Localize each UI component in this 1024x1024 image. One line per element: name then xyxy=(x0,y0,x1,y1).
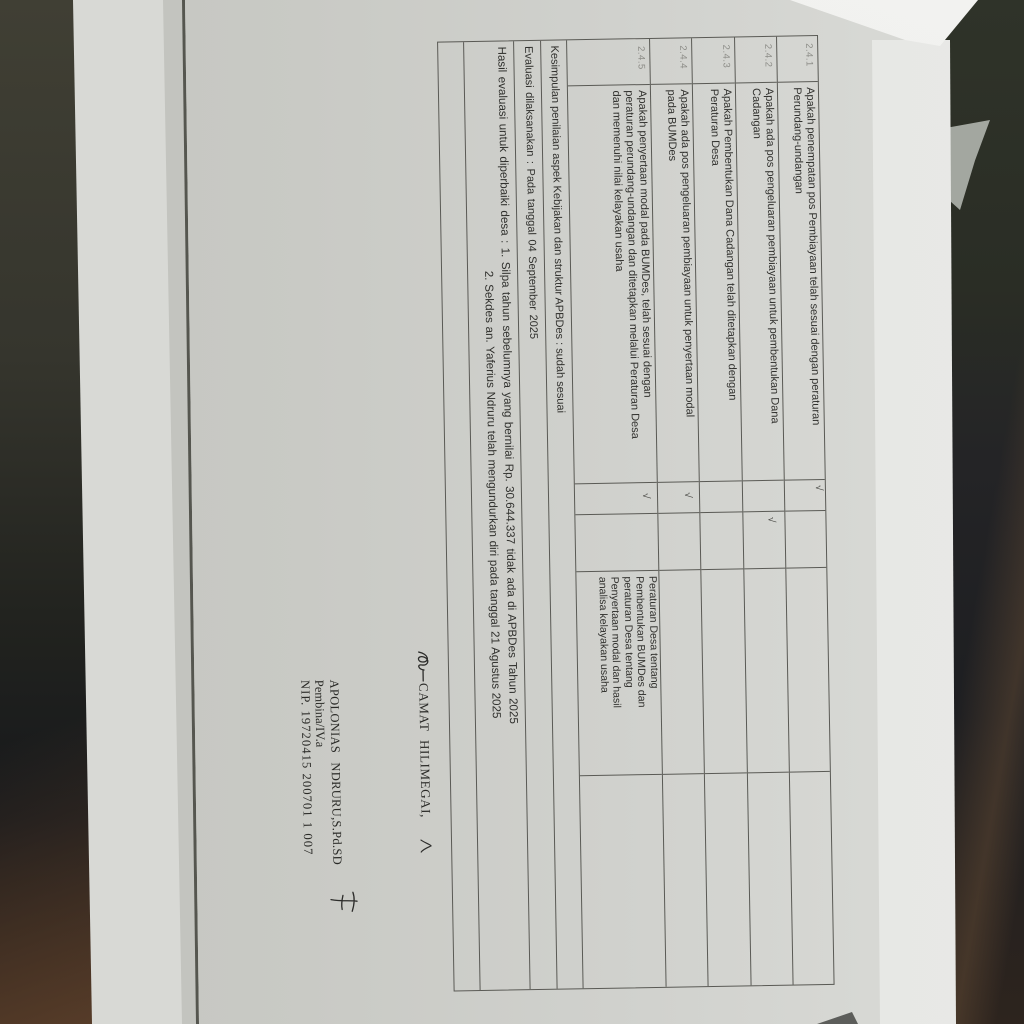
question-cell: Apakah penempatan pos Pembiayaan telah s… xyxy=(778,81,825,480)
tidak-cell: √ xyxy=(743,511,785,569)
question-cell: Apakah Pembentukan Dana Cadangan telah d… xyxy=(693,82,742,481)
tidak-cell xyxy=(700,511,743,569)
notes-cell xyxy=(580,774,666,988)
ya-cell xyxy=(743,480,785,512)
row-number: 2.4.1 xyxy=(777,36,818,82)
notes-cell xyxy=(705,772,751,986)
printed-document: 2.4.1 Apakah penempatan pos Pembiayaan t… xyxy=(258,35,835,1005)
handwritten-initial-icon xyxy=(418,838,434,854)
ya-cell: √ xyxy=(575,482,658,514)
tidak-cell xyxy=(658,512,700,570)
table-row: 2.4.5 Apakah penyertaan modal pada BUMDe… xyxy=(566,39,666,988)
notes-cell xyxy=(790,771,834,985)
tidak-cell xyxy=(785,510,826,568)
handwritten-paraf-icon xyxy=(329,889,359,916)
signatory-name: APOLONIAS NDRURU,S.Pd.SD xyxy=(327,679,345,865)
keterangan-cell xyxy=(659,569,704,774)
question-cell: Apakah ada pos pengeluaran pembiayaan un… xyxy=(651,83,699,482)
question-cell: Apakah penyertaan modal pada BUMDes, tel… xyxy=(568,84,657,483)
keterangan-cell xyxy=(744,568,789,773)
keterangan-cell xyxy=(786,567,830,772)
checkmark-icon: √ xyxy=(765,517,776,523)
keterangan-cell xyxy=(701,568,747,773)
checkmark-icon: √ xyxy=(813,485,824,491)
ya-cell: √ xyxy=(785,479,826,511)
row-number: 2.4.4 xyxy=(650,38,692,84)
row-number: 2.4.5 xyxy=(567,39,650,85)
signatory-title: CAMAT HILIMEGAI, xyxy=(415,683,433,818)
ya-cell: √ xyxy=(658,481,700,513)
question-cell: Apakah ada pos pengeluaran pembiayaan un… xyxy=(736,82,784,481)
row-number: 2.4.3 xyxy=(692,37,735,83)
keterangan-cell: Peraturan Desa tentang Pembentukan BUMDe… xyxy=(576,570,662,775)
ya-cell xyxy=(700,480,743,512)
row-number: 2.4.2 xyxy=(735,37,777,83)
notes-cell xyxy=(663,773,708,987)
signatory-block: APOLONIAS NDRURU,S.Pd.SD Pembina/IV.a NI… xyxy=(298,679,345,865)
tidak-cell xyxy=(575,513,658,571)
evaluation-table: 2.4.1 Apakah penempatan pos Pembiayaan t… xyxy=(437,35,835,992)
checkmark-icon: √ xyxy=(682,492,693,498)
checkmark-icon: √ xyxy=(640,493,651,499)
handwritten-an-mark-icon xyxy=(413,650,434,682)
notes-cell xyxy=(748,772,793,986)
